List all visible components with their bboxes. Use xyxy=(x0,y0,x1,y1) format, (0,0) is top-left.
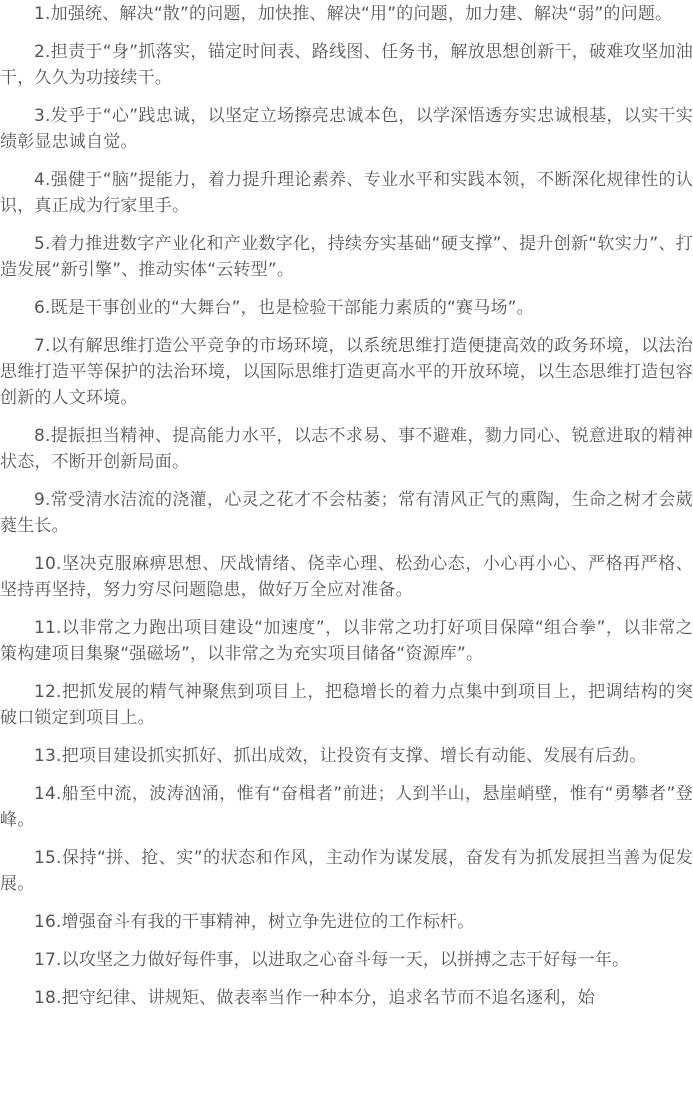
paragraph-5: 5.着力推进数字产业化和产业数字化，持续夯实基础“硬支撑”、提升创新“软实力”、… xyxy=(0,231,693,283)
paragraph-11: 11.以非常之力跑出项目建设“加速度”，以非常之功打好项目保障“组合拳”，以非常… xyxy=(0,615,693,667)
paragraph-9: 9.常受清水洁流的浇灌，心灵之花才不会枯萎；常有清风正气的熏陶，生命之树才会葳蕤… xyxy=(0,487,693,539)
paragraph-6: 6.既是干事创业的“大舞台”，也是检验干部能力素质的“赛马场”。 xyxy=(0,295,693,321)
paragraph-16: 16.增强奋斗有我的干事精神，树立争先进位的工作标杆。 xyxy=(0,909,693,935)
paragraph-3: 3.发乎于“心”践忠诚，以坚定立场擦亮忠诚本色，以学深悟透夯实忠诚根基，以实干实… xyxy=(0,103,693,155)
paragraph-8: 8.提振担当精神、提高能力水平，以志不求易、事不避难，勠力同心、锐意进取的精神状… xyxy=(0,423,693,475)
paragraph-18: 18.把守纪律、讲规矩、做表率当作一种本分，追求名节而不追名逐利，始 xyxy=(0,985,693,1011)
paragraph-2: 2.担责于“身”抓落实，锚定时间表、路线图、任务书，解放思想创新干，破难攻坚加油… xyxy=(0,39,693,91)
paragraph-10: 10.坚决克服麻痹思想、厌战情绪、侥幸心理、松劲心态，小心再小心、严格再严格、坚… xyxy=(0,551,693,603)
paragraph-7: 7.以有解思维打造公平竞争的市场环境，以系统思维打造便捷高效的政务环境，以法治思… xyxy=(0,333,693,411)
paragraph-12: 12.把抓发展的精气神聚焦到项目上，把稳增长的着力点集中到项目上，把调结构的突破… xyxy=(0,679,693,731)
paragraph-1: 1.加强统、解决“散”的问题，加快推、解决“用”的问题，加力建、解决“弱”的问题… xyxy=(0,1,693,27)
paragraph-13: 13.把项目建设抓实抓好、抓出成效，让投资有支撑、增长有动能、发展有后劲。 xyxy=(0,743,693,769)
document-body: 1.加强统、解决“散”的问题，加快推、解决“用”的问题，加力建、解决“弱”的问题… xyxy=(0,1,693,1011)
paragraph-15: 15.保持“拼、抢、实”的状态和作风，主动作为谋发展，奋发有为抓发展担当善为促发… xyxy=(0,845,693,897)
paragraph-14: 14.船至中流，波涛汹涌，惟有“奋楫者”前进；人到半山，悬崖峭壁，惟有“勇攀者”… xyxy=(0,781,693,833)
paragraph-4: 4.强健于“脑”提能力，着力提升理论素养、专业水平和实践本领，不断深化规律性的认… xyxy=(0,167,693,219)
paragraph-17: 17.以攻坚之力做好每件事，以进取之心奋斗每一天，以拼搏之志干好每一年。 xyxy=(0,947,693,973)
